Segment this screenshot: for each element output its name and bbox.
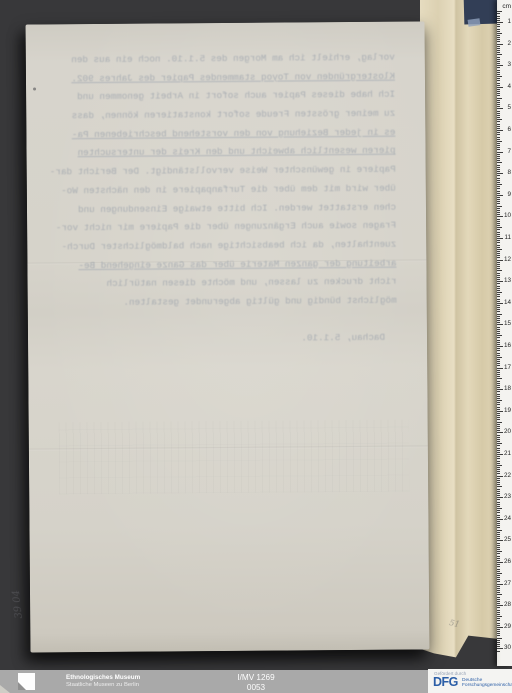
ruler-tick [497,415,500,416]
ruler-tick [497,67,500,68]
ruler-tick [497,525,500,526]
ruler-tick [497,214,500,215]
ruler-tick [497,113,500,114]
ruler-tick [497,413,500,414]
ruler-tick [497,221,500,222]
ruler-unit-label: cm [502,3,511,10]
ruler-number: 11 [501,235,511,241]
ruler-tick [497,473,500,474]
ruler-tick [497,508,502,509]
ruler-tick [497,633,500,634]
ruler-tick [497,59,500,60]
ruler-tick [497,558,500,559]
ruler-tick [497,471,500,472]
ruler-tick [497,100,500,101]
ruler-tick [497,588,500,589]
ruler-tick [497,234,500,235]
ruler-tick [497,566,500,567]
ruler-tick [497,72,500,73]
ruler-tick [497,342,500,343]
ruler-tick [497,149,500,150]
ruler-tick [497,223,500,224]
ruler-tick [497,128,500,129]
shelfmark: I/MV 1269 [176,673,336,683]
ruler-tick [497,184,502,185]
ruler-tick [497,340,500,341]
typescript-line: vorlag, erhielt ich am Morgen des 5.1.10… [53,49,395,70]
ruler-tick [497,292,502,293]
ruler-tick [497,469,500,470]
ruler-number: 26 [501,559,511,565]
ruler-tick [497,26,500,27]
ruler-tick [497,573,502,574]
ruler-tick [497,134,500,135]
ruler-tick [497,294,500,295]
ruler-tick [497,124,500,125]
ruler-tick [497,651,500,652]
ruler-tick [497,178,500,179]
ruler-tick [497,180,500,181]
ruler-tick [497,253,500,254]
ruler-tick [497,359,500,360]
typescript-dateline: Dachau, 5.1.10. [55,328,397,349]
ruler-tick [497,335,502,336]
ruler-number: 6 [501,127,511,133]
ruler-tick [497,396,500,397]
ruler-tick [497,603,500,604]
ruler-tick [497,322,500,323]
ruler-tick [497,61,500,62]
ruler-tick [497,98,502,99]
ruler-tick [497,154,500,155]
ruler-tick [497,629,500,630]
scan-viewer: vorlag, erhielt ich am Morgen des 5.1.10… [0,0,512,693]
ruler-tick [497,445,500,446]
ruler-tick [497,545,500,546]
ruler-number: 10 [501,213,511,219]
ruler-tick [497,437,500,438]
ruler-tick [497,83,500,84]
ruler-tick [497,510,500,511]
ruler-tick [497,428,500,429]
ruler-tick [497,404,500,405]
bleedthrough-smudge [59,420,410,495]
ruler-tick [497,517,500,518]
ruler-tick [497,333,500,334]
ruler-tick [497,560,500,561]
ruler-tick [497,441,500,442]
ruler-tick [497,502,500,503]
ruler-tick [497,491,500,492]
ruler-tick [497,564,500,565]
ruler-tick [497,316,500,317]
ruler-tick [497,286,500,287]
ruler-tick [497,251,500,252]
ruler-tick [497,467,500,468]
ruler-tick [497,93,500,94]
ruler-tick [497,536,500,537]
museum-logo [18,673,35,690]
ruler-tick [497,199,500,200]
ruler-tick [497,376,500,377]
ruler-tick [497,592,500,593]
scanned-page: vorlag, erhielt ich am Morgen des 5.1.10… [26,21,430,652]
ruler-number: 24 [501,516,511,522]
ruler-tick [497,512,500,513]
ruler-tick [497,182,500,183]
ruler-tick [497,63,500,64]
ruler-tick [497,50,500,51]
ruler-tick [497,337,500,338]
ruler-tick [497,350,500,351]
ruler-tick [497,273,500,274]
museum-name: Ethnologisches Museum Staatliche Museen … [66,674,140,689]
ruler-number: 13 [501,278,511,284]
ruler-tick [497,143,500,144]
ruler-tick [497,463,500,464]
ruler-tick [497,236,500,237]
ruler-tick [497,311,500,312]
ruler-tick [497,448,500,449]
funding-name-line2: Forschungsgemeinschaft [462,683,512,688]
ruler-tick [497,74,500,75]
ruler-tick [497,391,500,392]
ruler-tick [497,456,500,457]
ruler-tick [497,275,500,276]
ruler-tick [497,299,500,300]
ruler-tick [497,162,502,163]
ruler-tick [497,296,500,297]
ruler-tick [497,16,500,17]
ruler-tick [497,400,502,401]
ruler-tick [497,597,500,598]
ruler-tick [497,249,502,250]
ruler-tick [497,35,500,36]
ruler-number: 20 [501,429,511,435]
ruler-number: 22 [501,473,511,479]
ruler-number: 19 [501,408,511,414]
ruler-number: 17 [501,365,511,371]
ruler-number: 2 [501,41,511,47]
ruler-tick [497,31,500,32]
ruler-tick [497,186,500,187]
ruler-tick [497,374,500,375]
ruler-tick [497,111,500,112]
shelfmark-block: I/MV 1269 0053 [176,673,336,692]
ruler-tick [497,52,500,53]
ruler-tick [497,191,500,192]
ruler-tick [497,521,500,522]
ruler-tick [497,20,500,21]
ruler-tick [497,119,502,120]
ruler-tick [497,147,500,148]
ruler-tick [497,283,500,284]
ruler-tick [497,232,500,233]
ruler-tick [497,193,500,194]
ruler-tick [497,290,500,291]
ruler-tick [497,424,500,425]
ruler-tick [497,640,500,641]
ruler-tick [497,262,500,263]
ruler-tick [497,571,500,572]
ruler-number: 5 [501,105,511,111]
ruler-tick [497,102,500,103]
ruler-tick [497,197,500,198]
ruler-tick [497,465,502,466]
ruler-tick [497,301,500,302]
ruler-tick [497,383,500,384]
ruler-tick [497,76,502,77]
ruler-tick [497,348,500,349]
ruler-tick [497,227,502,228]
ruler-tick [497,365,500,366]
scan-page-number: 0053 [176,683,336,693]
dfg-funding-badge: Gefördert durch DFG Deutsche Forschungsg… [428,669,512,693]
ruler-tick [497,212,500,213]
ruler-tick [497,450,500,451]
pencil-note-left: 39 04 [12,600,59,619]
ruler-tick [497,355,500,356]
ruler-tick [497,314,502,315]
ruler-tick [497,165,500,166]
ruler-tick [497,132,500,133]
ruler-tick [497,489,500,490]
ruler-tick [497,46,500,47]
museum-name-line2: Staatliche Museen zu Berlin [66,682,140,689]
folded-corner-icon [18,682,26,690]
ruler-tick [497,394,500,395]
ruler-tick [497,255,500,256]
ruler-tick [497,266,500,267]
ruler-tick [497,48,500,49]
ruler-tick [497,504,500,505]
ruler-tick [497,208,500,209]
ruler-tick [497,398,500,399]
ruler-tick [497,279,500,280]
ruler-tick [497,145,500,146]
ruler-tick [497,590,500,591]
ruler-tick [497,307,500,308]
ruler-tick [497,426,500,427]
bleedthrough-text: vorlag, erhielt ich am Morgen des 5.1.10… [53,49,397,350]
ruler-tick [497,484,500,485]
ruler-tick [497,556,500,557]
ruler-tick [497,219,500,220]
ruler-tick [497,91,500,92]
ruler-tick [497,225,500,226]
ruler-tick [497,156,500,157]
ruler-tick [497,458,500,459]
ruler-tick [497,430,500,431]
ruler-number: 9 [501,192,511,198]
ruler-tick [497,586,500,587]
ruler-tick [497,422,502,423]
ruler-tick [497,534,500,535]
ruler-tick [497,493,500,494]
ruler-tick [497,620,500,621]
ruler-tick [497,245,500,246]
ruler-tick [497,264,500,265]
ruler-tick [497,167,500,168]
ruler-tick [497,610,500,611]
ruler-tick [497,551,502,552]
ruler-tick [497,407,500,408]
ruler-tick [497,39,500,40]
ruler-tick [497,381,500,382]
ruler-tick [497,257,500,258]
ruler-tick [497,623,500,624]
typescript-line: zuenthalten, da ich beabsichtige nach ba… [54,236,396,257]
ruler-tick [497,175,500,176]
ruler-tick [497,206,502,207]
ruler-tick [497,11,502,12]
ruler-tick [497,625,500,626]
ruler-tick [497,29,500,30]
ruler-tick [497,577,500,578]
ruler-tick [497,361,500,362]
ruler-number: 7 [501,149,511,155]
ruler-tick [497,599,500,600]
ruler-number: 1 [501,19,511,25]
ruler-tick [497,409,500,410]
ruler-tick [497,37,500,38]
typescript-line: Fragen sowie auch Ergänzungen über die P… [54,217,396,238]
ruler-tick [497,210,500,211]
ruler-tick [497,126,500,127]
ruler-tick [497,70,500,71]
ruler-tick [497,106,500,107]
museum-name-line1: Ethnologisches Museum [66,674,140,682]
ruler-tick [497,402,500,403]
ruler-number: 23 [501,494,511,500]
ruler-tick [497,141,502,142]
ruler-tick [497,532,500,533]
ruler-tick [497,372,500,373]
ruler-tick [497,486,502,487]
ruler-tick [497,616,502,617]
ruler-tick [497,631,500,632]
ruler-tick [497,594,502,595]
ruler-tick [497,288,500,289]
ruler-tick [497,618,500,619]
ruler-tick [497,527,500,528]
ruler-tick [497,188,500,189]
ruler-tick [497,54,502,55]
ruler-tick [497,614,500,615]
ruler-tick [497,357,502,358]
ruler-tick [497,461,500,462]
ruler-tick [497,115,500,116]
ruler-tick [497,581,500,582]
ruler-tick [497,117,500,118]
ruler-number: 4 [501,84,511,90]
ruler-tick [497,24,500,25]
ruler-tick [497,240,500,241]
ruler-tick [497,612,500,613]
ruler-tick [497,329,500,330]
ruler-tick [497,480,500,481]
ruler-number: 30 [501,645,511,651]
ruler-tick [497,169,500,170]
ruler-tick [497,13,500,14]
ruler-tick [497,95,500,96]
ruler-tick [497,353,500,354]
ruler-tick [497,85,500,86]
ruler-tick [497,305,500,306]
ruler-tick [497,530,502,531]
ruler-tick [497,635,500,636]
ruler-tick [497,575,500,576]
ruler-number: 21 [501,451,511,457]
ruler-tick [497,33,502,34]
ruler-tick [497,309,500,310]
ruler-tick [497,387,500,388]
ruler-tick [497,439,500,440]
ruler-tick [497,331,500,332]
ruler-tick [497,452,500,453]
ruler-tick [497,89,500,90]
ruler-tick [497,443,502,444]
ruler-tick [497,607,500,608]
ink-speck [33,87,36,90]
ruler-tick [497,601,500,602]
ruler-tick [497,201,500,202]
ruler-tick [497,203,500,204]
ruler-tick [497,327,500,328]
ruler-tick [497,242,500,243]
ruler: cm 1234567891011121314151617181920212223… [497,0,512,666]
ruler-tick [497,370,500,371]
ruler-tick [497,121,500,122]
ruler-tick [497,435,500,436]
typescript-line: Papiere in gewünschter Weise vervollstän… [54,161,396,182]
ruler-tick [497,41,500,42]
ruler-tick [497,270,502,271]
ruler-number: 18 [501,386,511,392]
typescript-line: über wird mit dem über die Turfanpapiere… [54,179,396,200]
ruler-tick [497,495,500,496]
dfg-logo: DFG [433,676,458,689]
ruler-tick [497,579,500,580]
ruler-number: 16 [501,343,511,349]
ruler-tick [497,363,500,364]
ruler-tick [497,547,500,548]
ruler-tick [497,523,500,524]
ruler-tick [497,482,500,483]
ruler-tick [497,18,500,19]
ruler-tick [497,549,500,550]
ruler-number: 28 [501,602,511,608]
ruler-tick [497,158,500,159]
ruler-tick [497,171,500,172]
ruler-tick [497,499,500,500]
ruler-number: 25 [501,537,511,543]
ruler-tick [497,478,500,479]
ruler-tick [497,417,500,418]
ruler-tick [497,646,500,647]
ruler-number: 14 [501,300,511,306]
ruler-tick [497,104,500,105]
typescript-line: zu meiner grössten Freude sofort konstat… [53,105,395,126]
ruler-tick [497,137,500,138]
ruler-tick [497,569,500,570]
ruler-tick [497,543,500,544]
ruler-tick [497,638,502,639]
ruler-tick [497,506,500,507]
paper-corner-bottom-left [0,685,10,693]
ruler-tick [497,642,500,643]
ruler-tick [497,538,500,539]
